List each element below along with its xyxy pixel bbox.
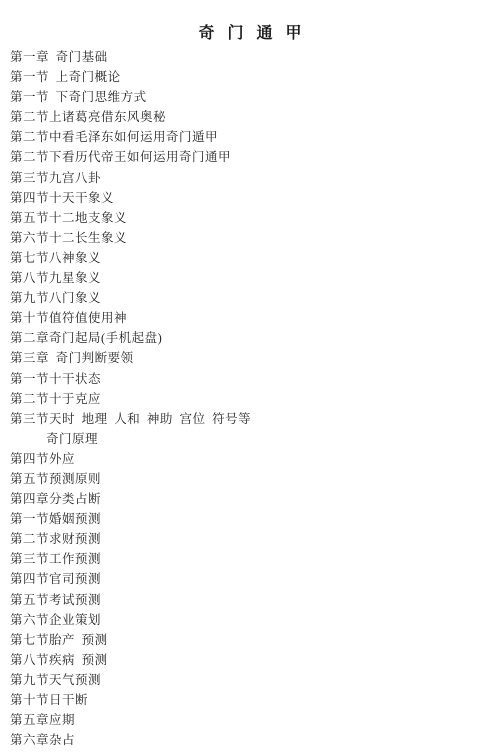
document-title: 奇 门 通 甲 <box>0 0 502 44</box>
document-page: 奇 门 通 甲 第一章 奇门基础第一节 上奇门概论第一节 下奇门思维方式第二节上… <box>0 0 502 752</box>
toc-line: 第四节十天干象义 <box>10 188 494 208</box>
toc-line: 第九节天气预测 <box>10 670 494 690</box>
toc-line: 第五章应期 <box>10 710 494 730</box>
toc-line: 第二节下看历代帝王如何运用奇门通甲 <box>10 147 494 167</box>
toc-line: 第一节十干状态 <box>10 369 494 389</box>
toc-line: 第三节九宫八卦 <box>10 168 494 188</box>
toc-line: 第十节值符值使用神 <box>10 308 494 328</box>
toc-line: 第三节工作预测 <box>10 549 494 569</box>
toc-line: 第二节上诸葛亮借东风奥秘 <box>10 107 494 127</box>
toc-line: 第五节考试预测 <box>10 590 494 610</box>
toc-line: 第一节 上奇门概论 <box>10 67 494 87</box>
toc-line: 第五节预测原则 <box>10 469 494 489</box>
toc-line: 第二节求财预测 <box>10 529 494 549</box>
toc-line: 第六节企业策划 <box>10 610 494 630</box>
toc-line: 第一节 下奇门思维方式 <box>10 87 494 107</box>
toc-line: 第六章杂占 <box>10 730 494 750</box>
toc-line: 第二节中看毛泽东如何运用奇门遁甲 <box>10 127 494 147</box>
toc-line: 奇门原理 <box>10 429 494 449</box>
toc-line: 第三章 奇门判断要领 <box>10 348 494 368</box>
toc-line: 第四节外应 <box>10 449 494 469</box>
toc-line: 第八节疾病 预测 <box>10 650 494 670</box>
toc-line: 第七节胎产 预测 <box>10 630 494 650</box>
toc-line: 第二章奇门起局(手机起盘) <box>10 328 494 348</box>
toc-line: 第一节婚姻预测 <box>10 509 494 529</box>
toc-line: 第六节十二长生象义 <box>10 228 494 248</box>
toc-line: 第三节天时 地理 人和 神助 宫位 符号等 <box>10 409 494 429</box>
toc-line: 第八节九星象义 <box>10 268 494 288</box>
toc-list: 第一章 奇门基础第一节 上奇门概论第一节 下奇门思维方式第二节上诸葛亮借东风奥秘… <box>0 44 502 750</box>
toc-line: 第七节八神象义 <box>10 248 494 268</box>
toc-line: 第二节十于克应 <box>10 389 494 409</box>
toc-line: 第五节十二地支象义 <box>10 208 494 228</box>
toc-line: 第四节官司预测 <box>10 569 494 589</box>
toc-line: 第十节日干断 <box>10 690 494 710</box>
toc-line: 第一章 奇门基础 <box>10 47 494 67</box>
toc-line: 第九节八门象义 <box>10 288 494 308</box>
toc-line: 第四章分类占断 <box>10 489 494 509</box>
